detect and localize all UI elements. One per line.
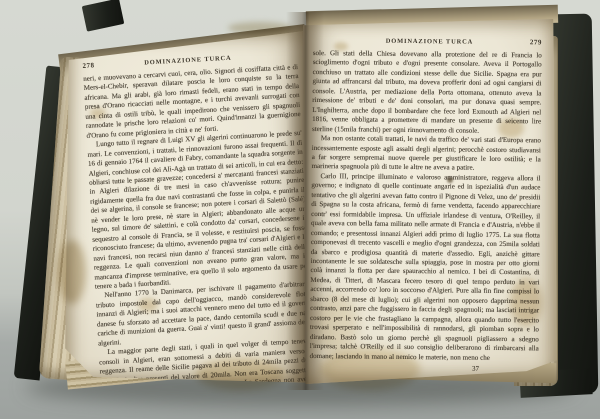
book-cover-top-left-corner <box>82 0 125 32</box>
right-running-title: DOMINAZIONE TURCA <box>329 37 530 46</box>
right-page-content: DOMINAZIONE TURCA 279 sole. Gli stati de… <box>309 36 541 373</box>
paragraph: Ma non ostante cotali trattati, le navi … <box>312 134 541 174</box>
paragraph: sole. Gli stati della Chiesa dovevano al… <box>312 49 542 136</box>
left-page-content: 278 DOMINAZIONE TURCA neri, e muovevano … <box>82 50 316 415</box>
left-page-number: 278 <box>82 61 94 70</box>
book-photograph: 278 DOMINAZIONE TURCA neri, e muovevano … <box>0 0 600 419</box>
left-page-text-block: neri, e muovevano a cercarvi cuoi, cera,… <box>83 63 317 415</box>
paragraph: Carlo III, principe illuminato e valoros… <box>310 172 541 363</box>
paragraph: neri, e muovevano a cercarvi cuoi, cera,… <box>83 63 301 141</box>
left-header-spacer <box>281 56 297 57</box>
right-page-text-block: sole. Gli stati della Chiesa dovevano al… <box>310 49 542 363</box>
right-page: DOMINAZIONE TURCA 279 sole. Gli stati de… <box>303 16 557 384</box>
signature-mark: 37 <box>309 363 538 373</box>
paragraph: Lungo tutto il regnare di Luigi XV gli a… <box>87 129 310 292</box>
left-page: 278 DOMINAZIONE TURCA neri, e muovevano … <box>64 28 306 384</box>
right-page-number: 279 <box>530 38 542 46</box>
right-page-header: DOMINAZIONE TURCA 279 <box>313 36 542 46</box>
